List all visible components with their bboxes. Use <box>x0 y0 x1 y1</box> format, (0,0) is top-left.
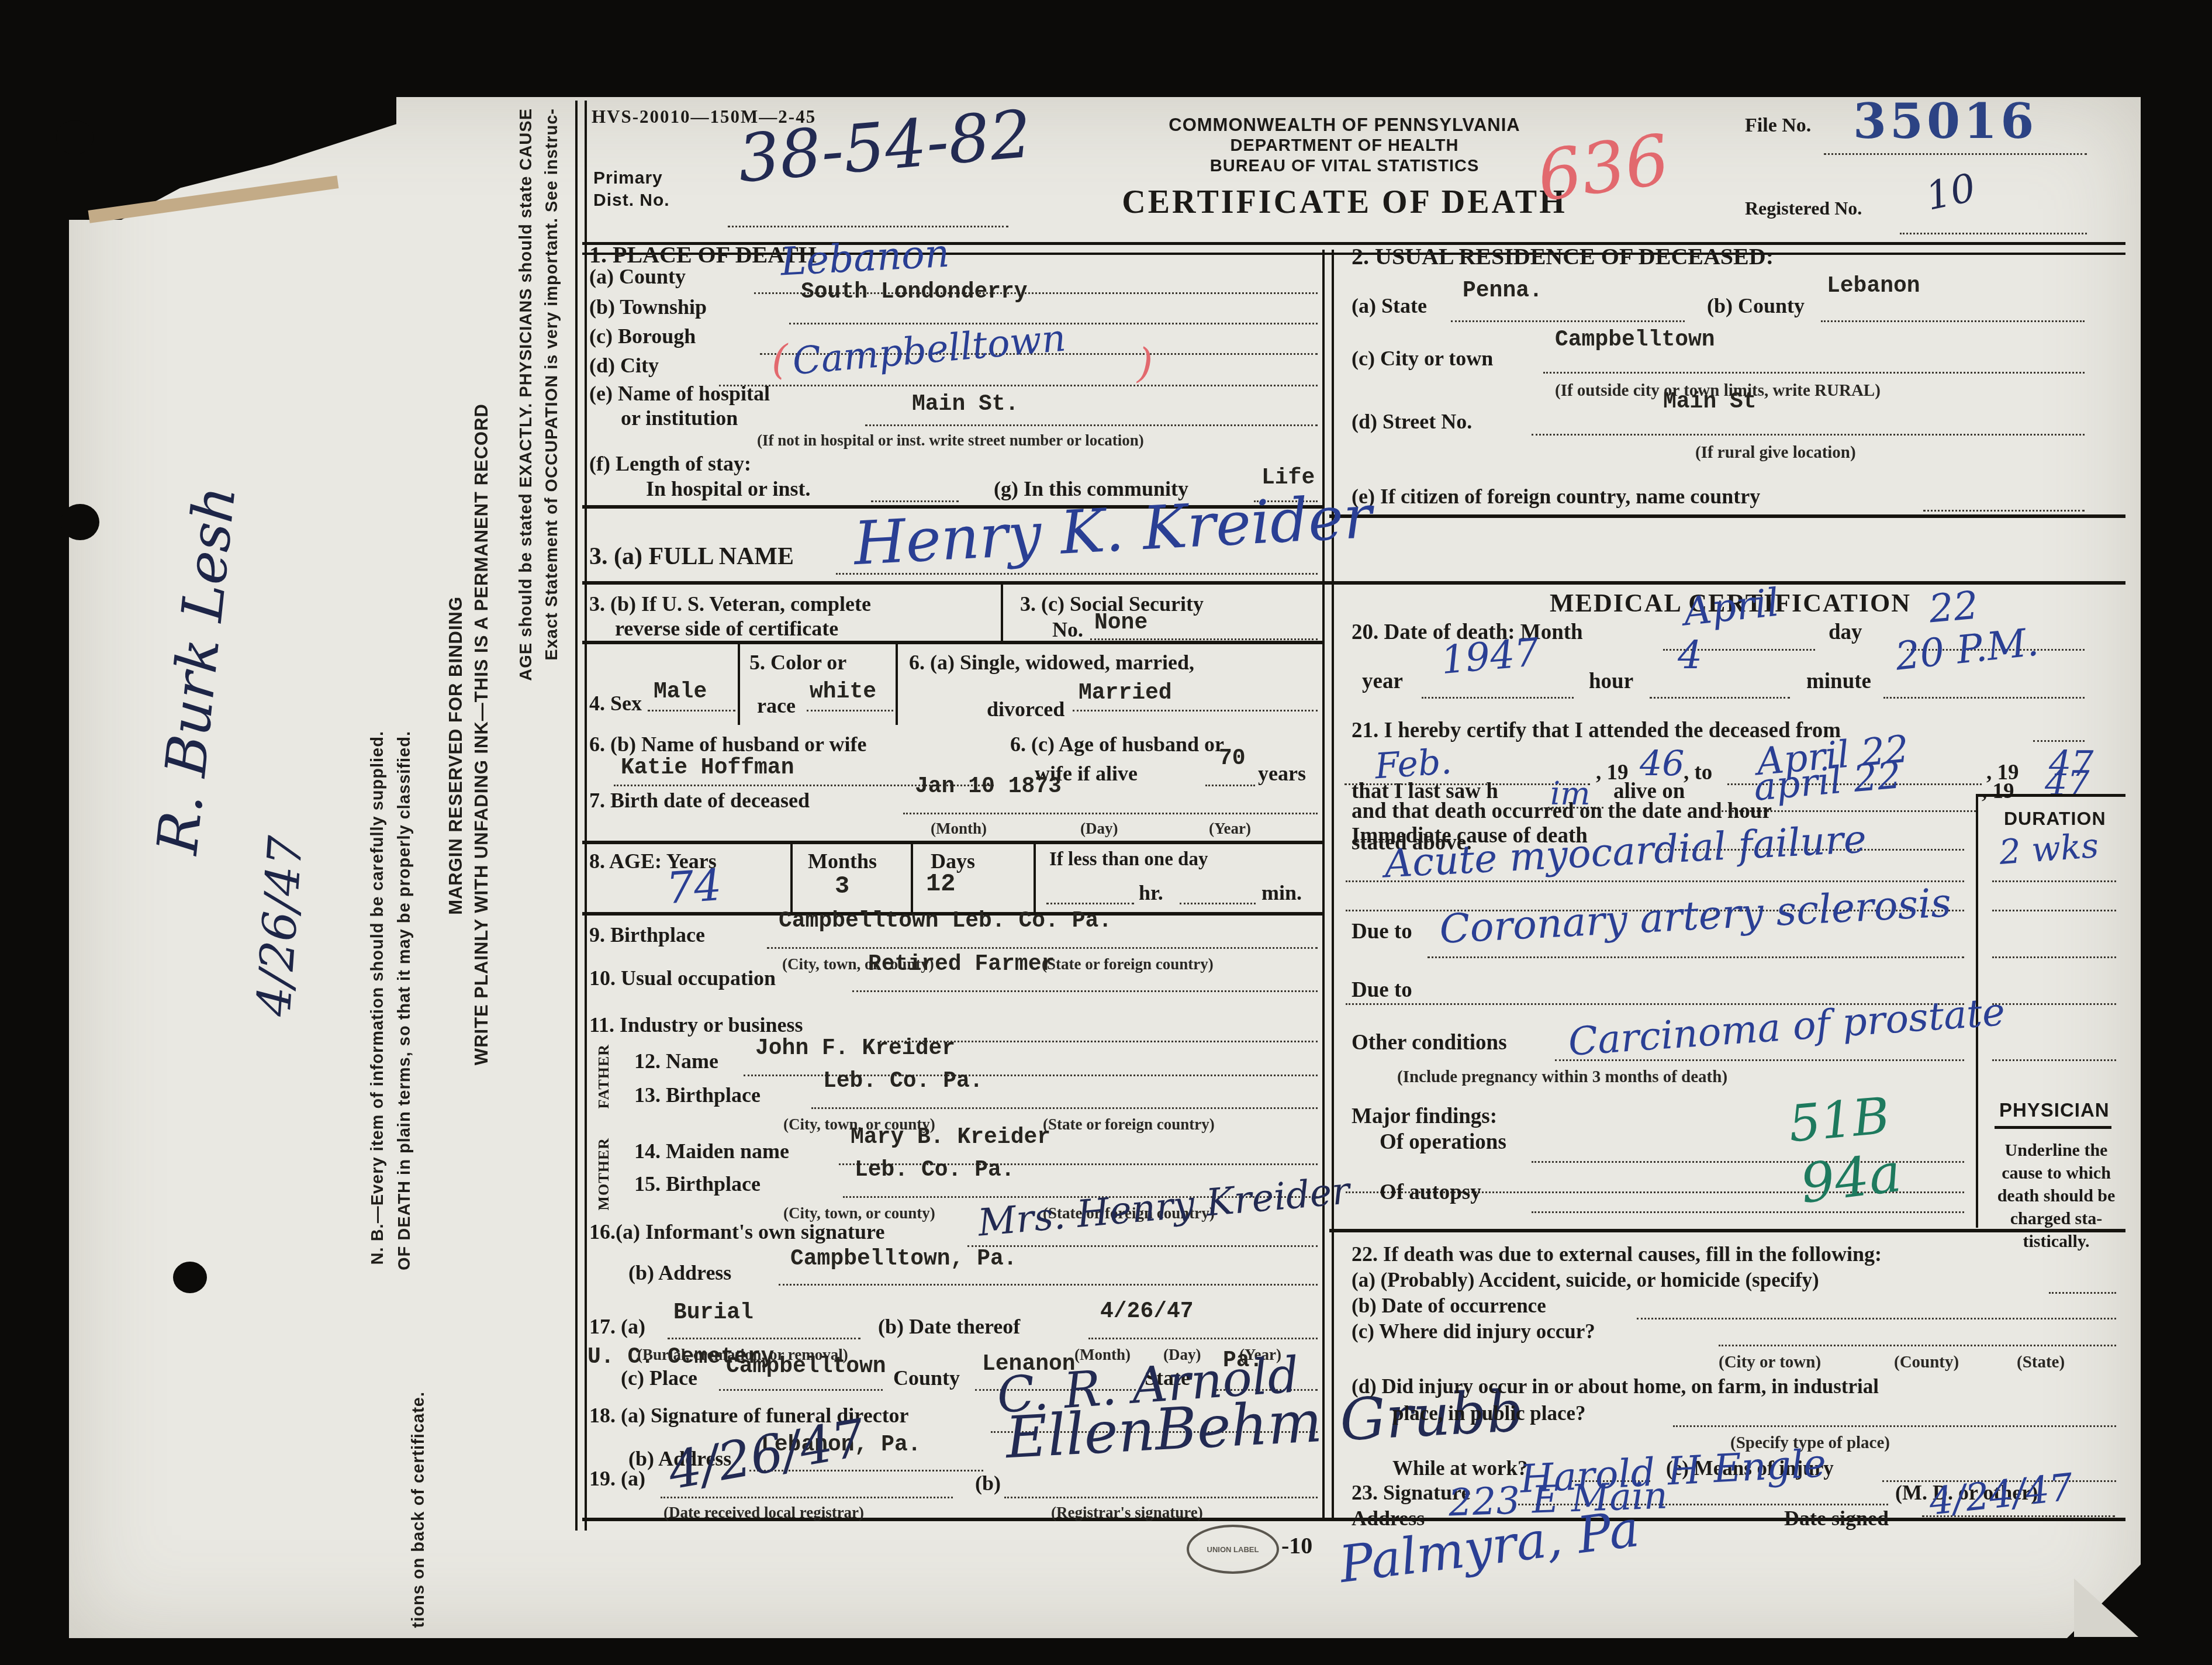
res-street-line <box>1532 434 2085 436</box>
death-hour-value: 4 <box>1678 633 1702 678</box>
res-street-label: (d) Street No. <box>1352 409 1472 434</box>
external-b: (b) Date of occurrence <box>1352 1294 1546 1318</box>
informant-line <box>967 1245 1318 1247</box>
registrar-label-a: 19. (a) <box>589 1466 645 1491</box>
certify-to: , to <box>1684 760 1712 785</box>
duration-box-top <box>1976 794 2125 797</box>
informant-address-value: Campbelltown, Pa. <box>790 1246 1017 1272</box>
birth-year-note: (Year) <box>1209 820 1251 838</box>
color-label: 5. Color or <box>749 650 846 675</box>
res-city-label: (c) City or town <box>1352 346 1493 371</box>
registered-no-line <box>1900 233 2087 234</box>
ss-line <box>1090 638 1318 640</box>
due-to-1-label: Due to <box>1352 919 1412 944</box>
residence-title: 2. USUAL RESIDENCE OF DECEASED: <box>1352 243 1774 270</box>
punch-hole <box>56 120 94 154</box>
duration-line-2 <box>1992 910 2116 911</box>
burial-place-value: Campbelltown <box>726 1354 886 1379</box>
veteran-divider <box>1001 581 1003 641</box>
borough-label: (c) Borough <box>589 324 696 348</box>
primary-dist-line <box>728 226 1008 227</box>
autopsy-label: Of autopsy <box>1380 1180 1481 1205</box>
burial-county-label: County <box>893 1366 960 1390</box>
immediate-cause-line <box>1346 880 1964 882</box>
mother-name-value: Mary B. Kreider <box>851 1125 1050 1150</box>
spouse-age-line <box>1205 785 1255 786</box>
race-value: white <box>810 679 876 704</box>
res-city-value: Campbelltown <box>1555 327 1715 353</box>
scanned-document: N. B.—Every item of information should b… <box>0 0 2212 1665</box>
external-d-2: place, in public place? <box>1392 1402 1586 1425</box>
burial-type-line <box>668 1338 860 1339</box>
age-divider-3 <box>1034 844 1036 912</box>
punch-hole <box>173 1262 207 1293</box>
burial-place-label: (c) Place <box>621 1366 697 1390</box>
age-hr-label: hr. <box>1139 880 1163 905</box>
external-b-line <box>1637 1318 2116 1319</box>
external-a: (a) (Probably) Accident, suicide, or hom… <box>1352 1269 1819 1292</box>
veteran-label-2: reverse side of certificate <box>615 616 838 641</box>
hospital-label-1: (e) Name of hospital <box>589 381 770 406</box>
due-to-2-label: Due to <box>1352 977 1412 1003</box>
duration-line-1 <box>1992 880 2116 882</box>
marital-label-2: divorced <box>987 697 1064 721</box>
duration-line-4 <box>1992 1003 2116 1005</box>
birth-date-value: Jan 10 1873 <box>915 774 1062 799</box>
stay-hospital-label: In hospital or inst. <box>646 476 810 501</box>
last-saw-year: 47 <box>2045 764 2089 804</box>
certify-19c: , 19 <box>1982 779 2014 804</box>
age-months-label: Months <box>808 849 877 873</box>
father-birthplace-value: Leb. Co. Pa. <box>823 1069 983 1094</box>
mother-side-label: MOTHER <box>595 1138 613 1210</box>
birthplace-line <box>767 947 1318 949</box>
registrar-label-b: (b) <box>975 1471 1001 1495</box>
hospital-note: (If not in hospital or inst. write stree… <box>757 431 1144 450</box>
form-left-border <box>575 101 587 1531</box>
burial-type-value: Burial <box>673 1300 754 1325</box>
marital-label-1: 6. (a) Single, widowed, married, <box>909 650 1194 675</box>
physician-label: PHYSICIAN <box>1999 1099 2110 1121</box>
date-signed-label: Date signed <box>1784 1506 1889 1531</box>
ss-value: None <box>1094 610 1148 635</box>
findings-label: Major findings: <box>1352 1104 1497 1129</box>
death-hour-label: hour <box>1589 669 1633 694</box>
hospital-label-2: or institution <box>621 406 738 430</box>
primary-dist-label-1: Primary <box>593 168 663 188</box>
death-minute-label: minute <box>1806 669 1871 694</box>
physician-address-label: Address <box>1352 1506 1425 1531</box>
external-c-line <box>1719 1345 2116 1346</box>
sex-line <box>648 710 735 711</box>
birth-month-note: (Month) <box>931 820 987 838</box>
margin-note-nb2: OF DEATH in plain terms, so that it may … <box>395 731 414 1270</box>
res-state-line <box>1451 320 1685 322</box>
informant-address-line <box>779 1284 1318 1286</box>
age-min-label: min. <box>1261 880 1302 905</box>
certificate-title: CERTIFICATE OF DEATH <box>1070 184 1619 221</box>
sex-divider <box>738 644 740 725</box>
age-rule-top <box>582 841 1322 844</box>
birthplace-label: 9. Birthplace <box>589 923 705 947</box>
external-rule <box>1329 1229 2125 1232</box>
death-day-label: day <box>1829 620 1862 645</box>
age-min-line <box>1180 903 1256 904</box>
burial-place-line <box>719 1389 883 1391</box>
external-d-line <box>1673 1425 2116 1427</box>
city-paren-close: ) <box>1137 339 1153 387</box>
file-no-line <box>1824 153 2087 155</box>
certify-line-1-tail <box>2033 740 2085 742</box>
operations-label: Of operations <box>1380 1129 1506 1155</box>
external-c-note-city: (City or town) <box>1719 1353 1821 1372</box>
immediate-duration-value: 2 wks <box>1998 825 2100 872</box>
margin-note-instructions: tions on back of certificate. <box>409 1391 428 1628</box>
county-value: Lebanon <box>779 230 951 284</box>
age-divider-1 <box>790 844 793 912</box>
column-divider <box>1322 250 1334 1519</box>
registrar-date-line <box>661 1497 953 1498</box>
autopsy-line <box>1532 1211 1964 1213</box>
informant-label: 16.(a) Informant's own signature <box>589 1220 884 1244</box>
burial-date-value: 4/26/47 <box>1100 1299 1194 1324</box>
burial-label-a: 17. (a) <box>589 1314 645 1339</box>
external-d-1: (d) Did injury occur in or about home, o… <box>1352 1375 1879 1398</box>
punch-hole <box>61 504 99 540</box>
marital-value: Married <box>1079 680 1172 706</box>
certify-line-3: and that death occurred on the date and … <box>1352 799 1772 824</box>
age-months-value: 3 <box>835 872 849 900</box>
union-label-stamp: UNION LABEL <box>1187 1525 1279 1574</box>
death-year-value: 1947 <box>1439 630 1541 683</box>
death-hour-line <box>1650 697 1790 699</box>
section2-rule <box>1329 514 2125 518</box>
while-at-work-label: While at work? <box>1392 1457 1527 1480</box>
spouse-value: Katie Hoffman <box>621 755 794 780</box>
birth-date-label: 7. Birth date of deceased <box>589 788 810 813</box>
corner-fold-highlight <box>2074 1578 2138 1637</box>
death-day-value: 22 <box>1927 582 1980 631</box>
spouse-age-label-1: 6. (c) Age of husband or <box>1010 732 1224 756</box>
external-title: 22. If death was due to external causes,… <box>1352 1242 1882 1266</box>
margin-note-occupation: Exact Statement of OCCUPATION is very im… <box>542 108 562 661</box>
res-citizen-label: (e) If citizen of foreign country, name … <box>1352 484 1760 509</box>
mother-birthplace-label: 15. Birthplace <box>634 1172 761 1196</box>
father-birthplace-line <box>811 1107 1318 1109</box>
death-minute-line <box>1883 697 2085 699</box>
physician-address-value: 223 E Main <box>1448 1474 1668 1525</box>
age-days-value: 12 <box>926 870 955 898</box>
margin-note-nb1: N. B.—Every item of information should b… <box>368 731 388 1265</box>
registered-no-label: Registered No. <box>1745 198 1862 219</box>
informant-address-label: (b) Address <box>628 1260 731 1285</box>
pregnancy-note: (Include pregnancy within 3 months of de… <box>1397 1068 1727 1087</box>
sex-value: Male <box>654 679 707 704</box>
full-name-label: 3. (a) FULL NAME <box>589 543 794 571</box>
city-line <box>719 385 1318 386</box>
mother-birthplace-value: Leb. Co. Pa. <box>855 1158 1015 1183</box>
other-conditions-line <box>1555 1059 1964 1061</box>
birthplace-note-2: (State or foreign country) <box>1042 955 1214 973</box>
father-birthplace-label: 13. Birthplace <box>634 1083 761 1107</box>
father-bp-note-2: (State or foreign country) <box>1043 1115 1215 1134</box>
occupation-line <box>852 990 1318 992</box>
age-years-value: 74 <box>665 860 723 914</box>
township-value: South Londonderry <box>801 279 1028 305</box>
res-county-label: (b) County <box>1707 293 1805 318</box>
margin-note-ink: WRITE PLAINLY WITH UNFADING INK—THIS IS … <box>471 403 492 1065</box>
veteran-label-1: 3. (b) If U. S. Veteran, complete <box>589 592 871 616</box>
duration-line-5 <box>1992 1059 2116 1061</box>
city-label: (d) City <box>589 353 659 378</box>
burial-date-line <box>1088 1338 1318 1339</box>
agency-line-1: COMMONWEALTH OF PENNSYLVANIA <box>1070 115 1619 136</box>
stay-line <box>871 500 959 502</box>
age-less-label: If less than one day <box>1049 849 1208 871</box>
other-conditions-label: Other conditions <box>1352 1030 1507 1055</box>
registrar-signature-line <box>1004 1497 1318 1498</box>
marital-line <box>1073 710 1318 711</box>
physician-note: Underline the cause to which death shoul… <box>1993 1139 2119 1253</box>
full-name-rule <box>582 581 2125 585</box>
full-name-line <box>836 573 1318 575</box>
spouse-age-value: 70 <box>1219 746 1246 771</box>
primary-dist-label-2: Dist. No. <box>593 191 670 210</box>
birth-day-note: (Day) <box>1080 820 1118 838</box>
res-street-note: (If rural give location) <box>1695 443 1856 462</box>
margin-note-age: AGE should be stated EXACTLY. PHYSICIANS… <box>517 108 536 681</box>
age-divider-2 <box>911 844 913 912</box>
race-label: race <box>757 693 796 718</box>
file-no-label: File No. <box>1745 115 1811 137</box>
stay-label: (f) Length of stay: <box>589 451 751 476</box>
occupation-value: Retired Farmer <box>868 952 1055 977</box>
res-citizen-line <box>1923 510 2085 512</box>
birthplace-value: Campbelltown Leb. Co. Pa. <box>779 909 1112 934</box>
sex-label: 4. Sex <box>589 691 642 716</box>
ss-rule <box>582 641 1322 644</box>
birth-date-line <box>903 813 1318 814</box>
city-paren-open: ( <box>772 336 787 384</box>
occupation-label: 10. Usual occupation <box>589 966 776 990</box>
duration-line-3 <box>1992 956 2116 958</box>
registrar-note-b: (Registrar's signature) <box>1051 1504 1203 1522</box>
stamp-number: -10 <box>1281 1532 1312 1559</box>
external-c-note-county: (County) <box>1894 1353 1959 1372</box>
res-county-value: Lebanon <box>1827 274 1920 299</box>
hospital-line <box>865 424 1318 426</box>
township-label: (b) Township <box>589 295 707 319</box>
race-line <box>807 710 893 711</box>
registrar-note-a: (Date received local registrar) <box>663 1504 864 1522</box>
physician-underline <box>1995 1126 2111 1129</box>
margin-note-binding: MARGIN RESERVED FOR BINDING <box>445 596 466 915</box>
file-no-value: 35016 <box>1853 94 2037 150</box>
res-state-value: Penna. <box>1463 278 1543 303</box>
date-signed-line <box>1922 1515 2115 1517</box>
external-a-line <box>2049 1292 2116 1294</box>
burial-date-label: (b) Date thereof <box>878 1314 1020 1339</box>
race-divider <box>896 644 898 725</box>
spouse-label: 6. (b) Name of husband or wife <box>589 732 866 756</box>
industry-label: 11. Industry or business <box>589 1013 803 1037</box>
hospital-value: Main St. <box>912 392 1018 417</box>
ss-label-2: No. <box>1052 617 1083 642</box>
external-c-note-state: (State) <box>2017 1353 2065 1372</box>
external-c: (c) Where did injury occur? <box>1352 1320 1595 1343</box>
res-state-label: (a) State <box>1352 293 1427 318</box>
death-year-line <box>1422 697 1574 699</box>
father-name-label: 12. Name <box>634 1049 718 1073</box>
res-city-line <box>1543 372 2085 374</box>
due-to-1-line <box>1428 956 1964 958</box>
father-side-label: FATHER <box>595 1044 613 1108</box>
years-label: years <box>1258 761 1306 786</box>
age-hr-line <box>1046 903 1134 904</box>
autopsy-value: 94a <box>1797 1141 1905 1215</box>
county-label: (a) County <box>589 264 686 289</box>
father-name-value: John F. Kreider <box>755 1036 955 1061</box>
res-county-line <box>1821 320 2085 322</box>
res-street-value: Main St <box>1663 389 1757 414</box>
mother-name-label: 14. Maiden name <box>634 1139 789 1163</box>
death-year-label: year <box>1362 669 1403 694</box>
